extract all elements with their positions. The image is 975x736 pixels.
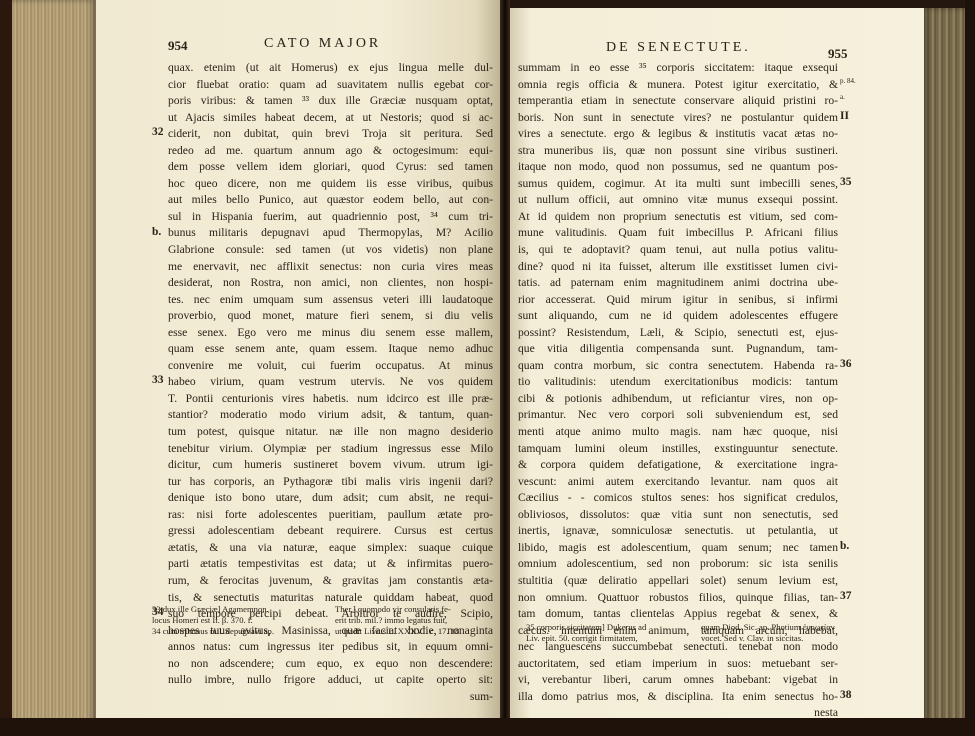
- text-line: parti ætatis tempestivitas est data; ut …: [168, 556, 493, 573]
- text-line: tum potest, quisque nitatur. næ ille non…: [168, 424, 493, 441]
- footnote-line: erit trib. mil.? immo legatus fuit,: [335, 615, 462, 626]
- text-line: non omnium. Quattuor robustos filios, qu…: [518, 590, 838, 607]
- footnote-line: locus Homeri est Il. β. 370. f.: [152, 615, 274, 626]
- text-line: illa domo patrius mos, & disciplina. Ita…: [518, 689, 838, 706]
- text-line: me enervavit, nec afflixit senectus: non…: [168, 259, 493, 276]
- text-line: denique isto bono utare, dum adsit; cum …: [168, 490, 493, 507]
- text-line: poris viribus: & tamen ³³ dux ille Græci…: [168, 93, 493, 110]
- margin-section-number: 32: [152, 126, 164, 138]
- margin-section-number: b.: [152, 226, 161, 238]
- footnote-line: quam Diod. Sic. ap. Photium ἐυρωςίαν: [701, 622, 835, 633]
- margin-section-number: 37: [840, 590, 852, 602]
- page-block-edge-right: [923, 8, 967, 736]
- text-line: primantur. Nec vero corpori soli subveni…: [518, 407, 838, 424]
- text-line: Glabrione consule: sed tamen (ut vos vid…: [168, 242, 493, 259]
- text-line: omnium adolescentium, sed non proborum: …: [518, 556, 838, 573]
- right-page: DE SENECTUTE. 955 summam in eo esse ³⁵ c…: [506, 8, 924, 732]
- text-line: temperantia etiam in senectute conservar…: [518, 93, 838, 110]
- text-line: stantior? moderatio modo virium adsit, &…: [168, 407, 493, 424]
- footnote-line: ut tradit Livius L. XXXVI. c. 17. 18.: [335, 626, 462, 637]
- text-line: quam esse senem ante, quam essem. Itaque…: [168, 341, 493, 358]
- text-line: annos natus: cum ingressus iter pedibus …: [168, 639, 493, 656]
- margin-section-number: 38: [840, 689, 852, 701]
- text-line: itaque non modo, quod non possumus, sed …: [518, 159, 838, 176]
- text-line: stultitia (quæ deliratio appellari solet…: [518, 573, 838, 590]
- text-line: tes. nec enim umquam sum assensus veteri…: [168, 292, 493, 309]
- text-line: rior accesserat. Quid mirum igitur in se…: [518, 292, 838, 309]
- background-bottom: [0, 718, 975, 736]
- margin-section-number: II: [840, 110, 849, 122]
- text-line: obliviosos, dissolutos: quæ vitia sunt n…: [518, 507, 838, 524]
- page-block-edge-left: [12, 0, 96, 728]
- text-line: tatis. ad paternam enim magnitudinem ani…: [518, 275, 838, 292]
- text-line: vires a senectute. ergo & legibus & inst…: [518, 126, 838, 143]
- footnote-line: Liv. epit. 50. corrigit firmitatem,: [526, 633, 646, 644]
- text-line: sum-: [168, 689, 493, 706]
- page-number: 954: [168, 38, 188, 54]
- text-line: is, qui te adoptavit? quam tenui, aut nu…: [518, 242, 838, 259]
- footnote-line: 33 dux ille Græciæ] Agamemnon.: [152, 604, 274, 615]
- text-line: stra muneribus iis, quæ non possunt sine…: [518, 143, 838, 160]
- footnote-line: vocet. Sed v. Clav. in siccitas.: [701, 633, 835, 644]
- text-line: gressi adolescentiam debeant requirere. …: [168, 523, 493, 540]
- text-line: vescunt: animi autem exercitando levantu…: [518, 474, 838, 491]
- text-line: tam domum, tantas clientelas Appius rege…: [518, 606, 838, 623]
- text-line: desiderat, non Rostra, non amici, non cl…: [168, 275, 493, 292]
- text-line: dine? quod ni ita fuisset, alterum ille …: [518, 259, 838, 276]
- text-line: esse senex. Ego vero me minus diu senem …: [168, 325, 493, 342]
- book-gutter: [500, 0, 510, 736]
- text-line: proverbio, quod monet, mature fieri sene…: [168, 308, 493, 325]
- text-line: cior fluebat oratio: quam ad suavitatem …: [168, 77, 493, 94]
- text-line: cibi & potionis adhibendum, ut reficiant…: [518, 391, 838, 408]
- running-head: DE SENECTUTE.: [606, 40, 751, 56]
- margin-section-number: a.: [840, 93, 845, 101]
- text-line: libido, magis est adolescentium, quam se…: [518, 540, 838, 557]
- margin-section-number: p. 84.: [840, 77, 856, 85]
- footnote-line: 35 corporis siccitatem] Dukerus ad: [526, 622, 646, 633]
- text-line: convenire me voluit, cui fuerim occupatu…: [168, 358, 493, 375]
- text-line: rum, & ferocitas juvenum, & gravitas jam…: [168, 573, 493, 590]
- text-line: inertis, ignavæ, somniculosæ senectutis.…: [518, 523, 838, 540]
- text-line: quam contra morbum, sic contra senectute…: [518, 358, 838, 375]
- text-line: menti atque animo multo magis. nam hæc q…: [518, 424, 838, 441]
- text-line: T. Pontii centurionis vires habetis. num…: [168, 391, 493, 408]
- text-line: ut nullum officii, aut omnino vitæ munus…: [518, 192, 838, 209]
- text-line: tamquam lumini oleum instilles, exstingu…: [518, 441, 838, 458]
- text-line: tenebitur virium. Olympiæ per stadium in…: [168, 441, 493, 458]
- footnote-column-2: quam Diod. Sic. ap. Photium ἐυρωςίανvoce…: [701, 622, 835, 644]
- margin-section-number: 35: [840, 176, 852, 188]
- text-line: quax. etenim (ut ait Homerus) ex ejus li…: [168, 60, 493, 77]
- text-line: aut miles bello Punico, aut quæstor eode…: [168, 192, 493, 209]
- footnote-line: Ther.] quomodo vir consularis fe-: [335, 604, 462, 615]
- text-line: tio valitudinis: utendum exercitationibu…: [518, 374, 838, 391]
- text-line: dicitur, cum humeris sustineret bovem vi…: [168, 457, 493, 474]
- text-line: ut Ajacis similes habeat decem, at ut Ne…: [168, 110, 493, 127]
- text-line: bunus militaris depugnavi apud Thermopyl…: [168, 225, 493, 242]
- text-line: Cæcilius - - comicos stultos senes: hos …: [518, 490, 838, 507]
- footnote-column-2: Ther.] quomodo vir consularis fe-erit tr…: [335, 604, 462, 637]
- left-page: 954 CATO MAJOR quax. etenim (ut ait Home…: [96, 0, 504, 730]
- text-line: dem posse vellem idem gloriari, quod Cyr…: [168, 159, 493, 176]
- text-line: redeo ad me. quartum annum ago & octoges…: [168, 143, 493, 160]
- footnote-column-1: 33 dux ille Græciæ] Agamemnon.locus Home…: [152, 604, 274, 637]
- margin-section-number: b.: [840, 540, 849, 552]
- text-line: ras: nisi forte adolescentes pueritiam, …: [168, 507, 493, 524]
- text-line: ætatis, & una via naturæ, eaque simplex:…: [168, 540, 493, 557]
- text-line: summam in eo esse ³⁵ corporis siccitatem…: [518, 60, 838, 77]
- text-line: sul in Hispania fuerim, aut quadriennio …: [168, 209, 493, 226]
- text-line: possint? Resistendum, Læli, & Scipio, se…: [518, 325, 838, 342]
- text-line: mune valitudinis. Quam fuit imbecillus P…: [518, 225, 838, 242]
- text-line: tur has corporis, an Pythagoræ tibi mali…: [168, 474, 493, 491]
- margin-section-number: 36: [840, 358, 852, 370]
- text-line: sumus quidem, cogimur. At ita multi sunt…: [518, 176, 838, 193]
- text-line: ciderit, non dubitat, quin brevi Troja s…: [168, 126, 493, 143]
- text-line: sunt aliquando, cum ne id quidem adolesc…: [518, 308, 838, 325]
- text-line: auctoritatem, sed etiam imperium in suos…: [518, 656, 838, 673]
- running-head: CATO MAJOR: [264, 36, 381, 52]
- text-line: omnia regis officia & munera. Potest igi…: [518, 77, 838, 94]
- text-line: no non adscendere; cum equo, ex equo non…: [168, 656, 493, 673]
- text-line: nullo imbre, nullo frigore adduci, ut ca…: [168, 672, 493, 689]
- book-spread: 954 CATO MAJOR quax. etenim (ut ait Home…: [0, 0, 975, 736]
- text-line: vi, verebantur liberi, carum omnes habeb…: [518, 672, 838, 689]
- margin-section-number: 33: [152, 374, 164, 386]
- text-line: & corpora quidem defatigatione, & exerci…: [518, 457, 838, 474]
- text-line: habeo virium, quam vestrum utervis. Ne v…: [168, 374, 493, 391]
- book-cover-right: [965, 0, 975, 736]
- text-line: hoc queo dicere, non me quidem iis esse …: [168, 176, 493, 193]
- footnote-column-1: 35 corporis siccitatem] Dukerus adLiv. e…: [526, 622, 646, 644]
- text-line: boris. Non sunt in senectute vires? ne p…: [518, 110, 838, 127]
- footnote-line: 34 cum tribunus mil. depugnavi ap.: [152, 626, 274, 637]
- text-line: At id quidem non proprium senectutis est…: [518, 209, 838, 226]
- text-line: que vitia diligentia compensanda sunt. P…: [518, 341, 838, 358]
